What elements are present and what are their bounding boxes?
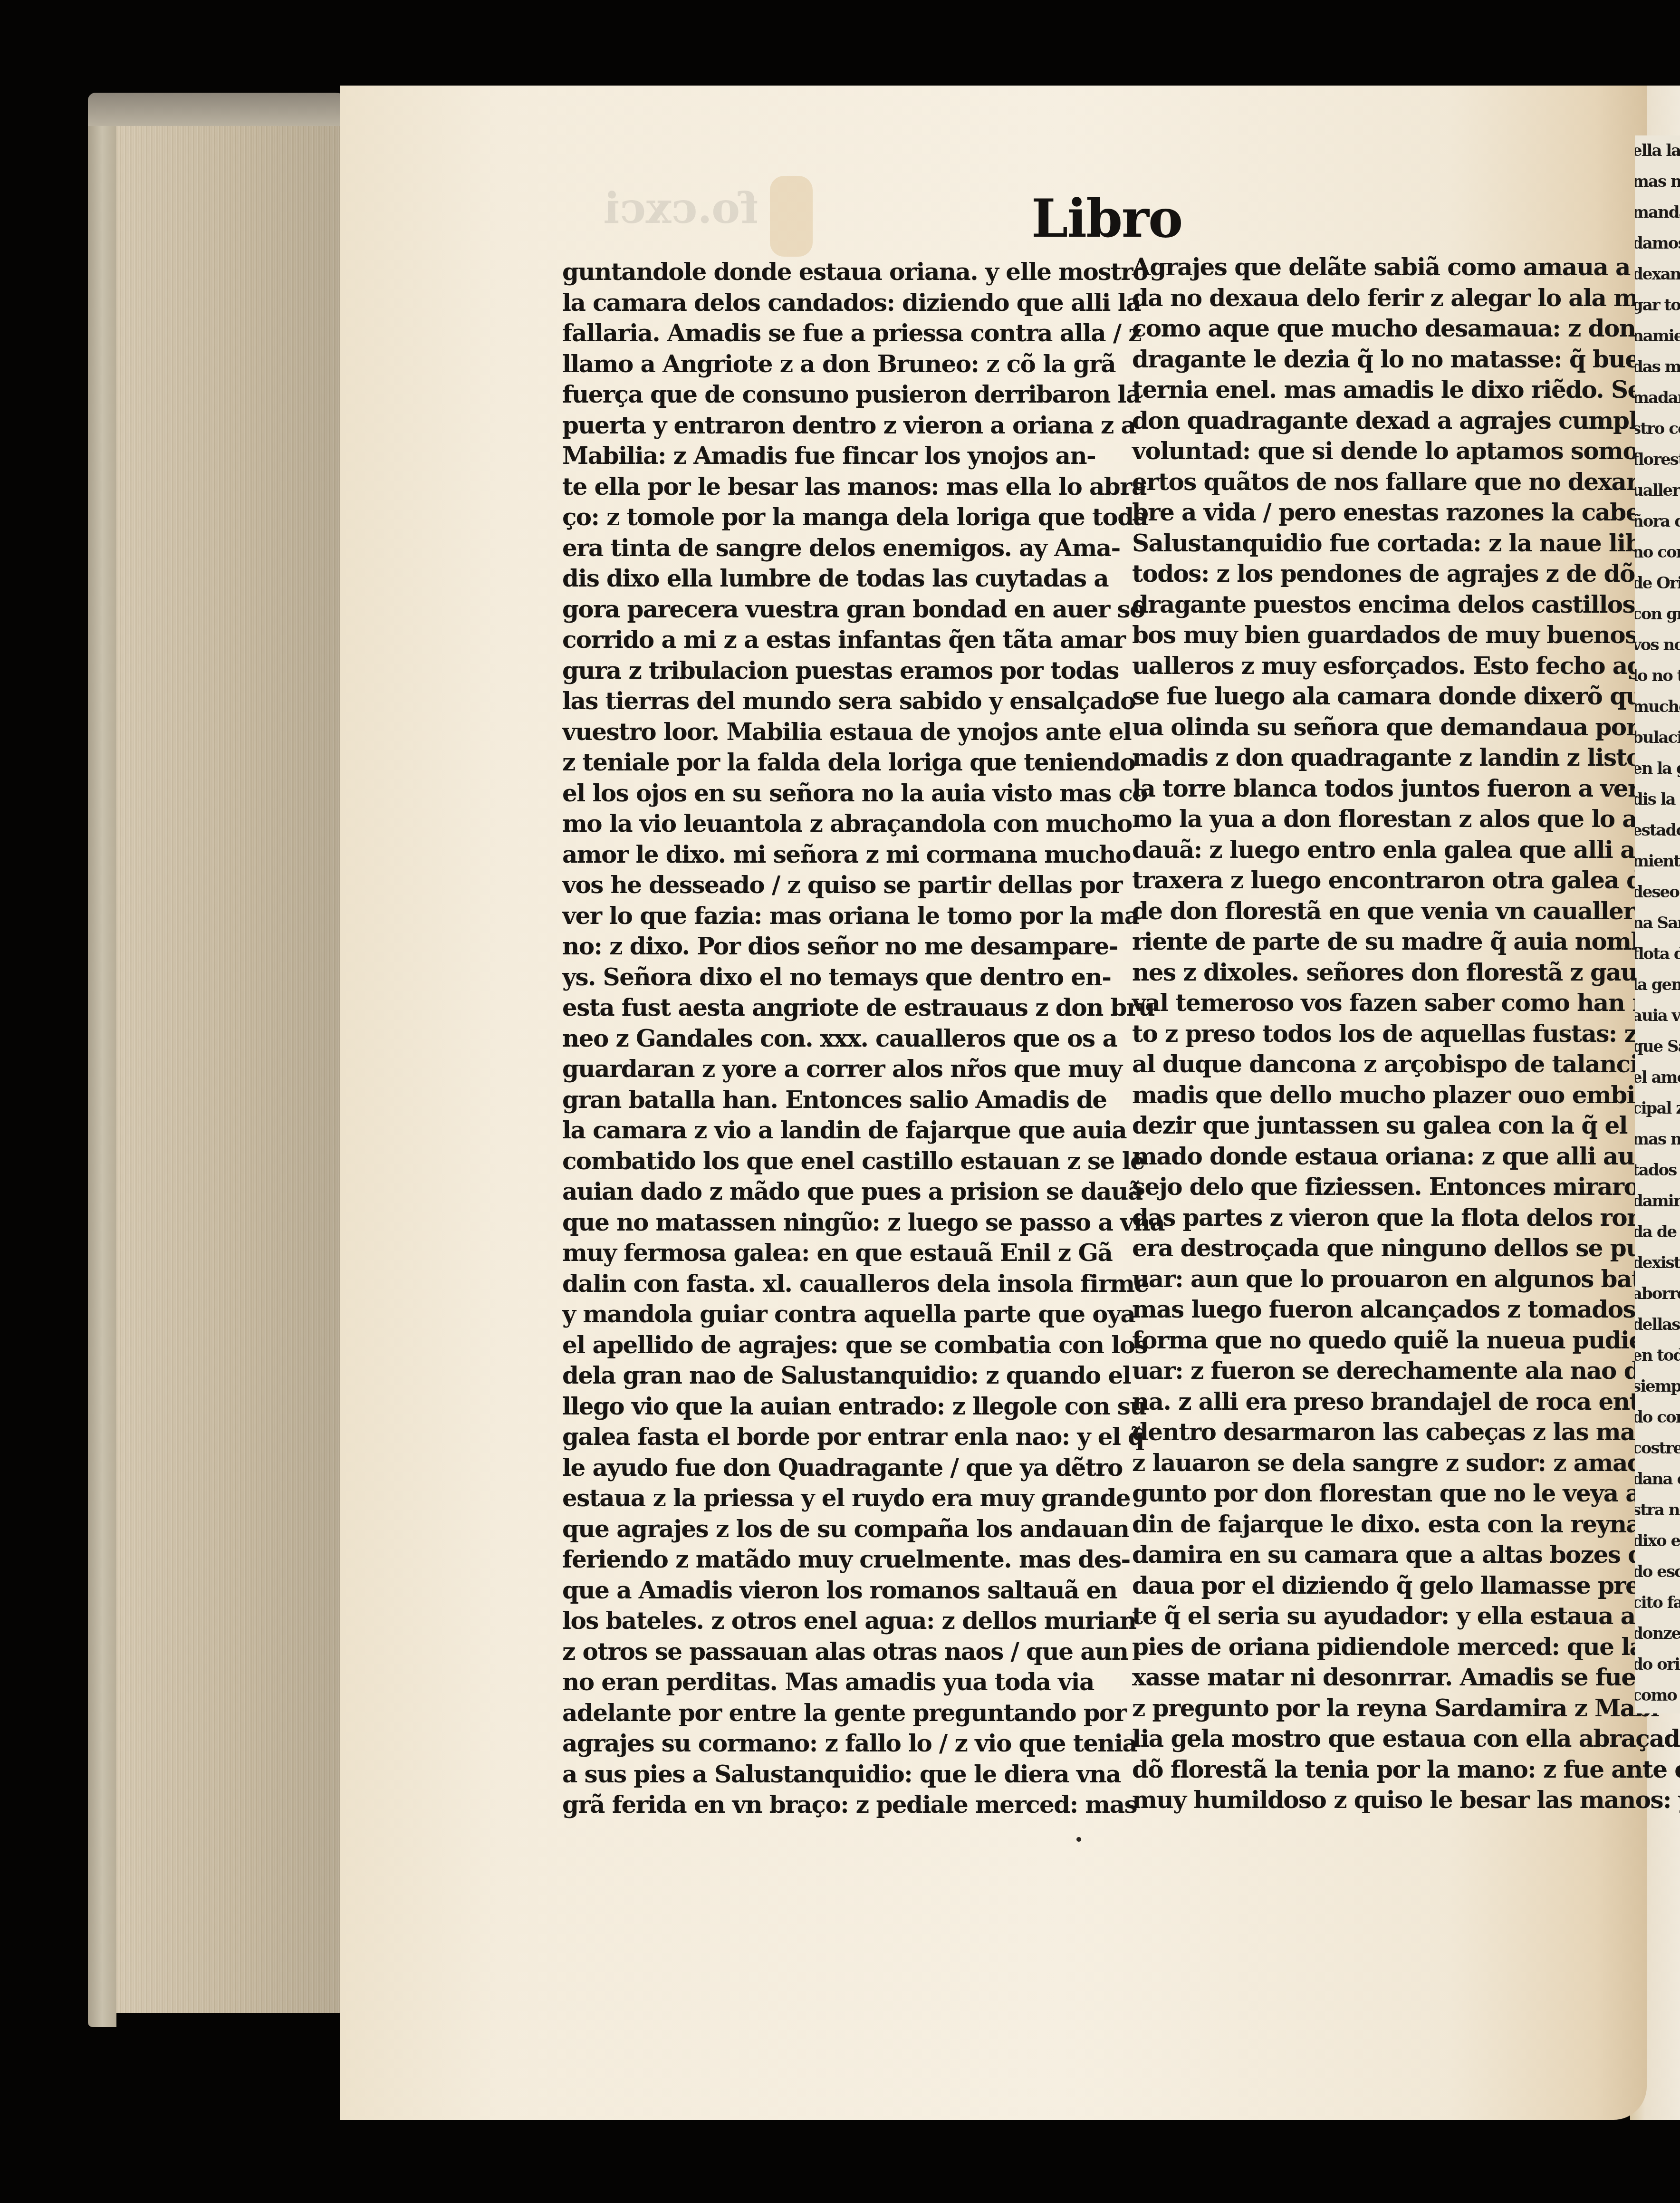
fragment-text-line: dis la tomo po xyxy=(1635,784,1680,815)
text-column-right: Agrajes que delãte sabiã como amaua a ol… xyxy=(1132,252,1631,1816)
text-line: sejo delo que fiziessen. Entonces miraro… xyxy=(1132,1172,1631,1203)
text-line: no eran perditas. Mas amadis yua toda vi… xyxy=(562,1667,1085,1698)
text-line: pies de oriana pidiendole merced: que la… xyxy=(1132,1632,1631,1663)
fragment-text-line: con gran plaz xyxy=(1635,599,1680,630)
text-line: z teniale por la falda dela loriga que t… xyxy=(562,747,1085,778)
text-line: guardaran z yore a correr alos nr̃os que… xyxy=(562,1054,1085,1085)
text-line: damira en su camara que a altas bozes de… xyxy=(1132,1539,1631,1570)
text-line: combatido los que enel castillo estauan … xyxy=(562,1146,1085,1177)
text-line: a sus pies a Salustanquidio: que le dier… xyxy=(562,1759,1085,1790)
fragment-text-line: mas nada : xyxy=(1635,166,1680,197)
text-line: dragante puestos encima delos castillos … xyxy=(1132,589,1631,620)
fragment-text-line: costreñida su xyxy=(1635,1433,1680,1464)
text-line: era tinta de sangre delos enemigos. ay A… xyxy=(562,533,1085,564)
fragment-text-line: namiento: z xyxy=(1635,321,1680,352)
text-line: Salustanquidio fue cortada: z la naue li… xyxy=(1132,528,1631,559)
fragment-text-line: do oriana la xyxy=(1635,1649,1680,1680)
fragment-text-line: de Oriana E xyxy=(1635,568,1680,599)
text-line: auian dado z mãdo que pues a prision se … xyxy=(562,1176,1085,1207)
text-line: don quadragante dexad a agrajes cumpla s… xyxy=(1132,405,1631,436)
text-line: voluntad: que si dende lo aptamos somos … xyxy=(1132,436,1631,467)
fragment-text-line: mas ni lo supo xyxy=(1635,1124,1680,1155)
text-line: uar: z fueron se derechamente ala nao de… xyxy=(1132,1356,1631,1386)
fragment-text-line: cito fablande xyxy=(1635,1587,1680,1618)
text-line: bos muy bien guardados de muy buenos ca xyxy=(1132,620,1631,651)
text-line: gran batalla han. Entonces salio Amadis … xyxy=(562,1085,1085,1116)
text-line: puerta y entraron dentro z vieron a oria… xyxy=(562,410,1085,441)
text-line: val temeroso vos fazen saber como han mu… xyxy=(1132,988,1631,1019)
text-line: adelante por entre la gente preguntando … xyxy=(562,1698,1085,1729)
fragment-text-line: flota delos R xyxy=(1635,939,1680,970)
text-line: dezir que juntassen su galea con la q̃ e… xyxy=(1132,1110,1631,1141)
text-line: muy fermosa galea: en que estauã Enil z … xyxy=(562,1238,1085,1269)
text-line: la camara delos candados: diziendo que a… xyxy=(562,288,1085,318)
text-line: madis que dello mucho plazer ouo embiole… xyxy=(1132,1080,1631,1111)
text-line: to z preso todos los de aquellas fustas:… xyxy=(1132,1019,1631,1049)
text-line: llamo a Angriote z a don Bruneo: z cõ la… xyxy=(562,349,1085,380)
fragment-text-line: florestan. De xyxy=(1635,444,1680,475)
text-line: traxera z luego encontraron otra galea d… xyxy=(1132,865,1631,896)
text-line: dis dixo ella lumbre de todas las cuytad… xyxy=(562,563,1085,594)
fragment-text-line: dexistes porqu xyxy=(1635,1248,1680,1279)
fragment-text-line: donzellas qu xyxy=(1635,1618,1680,1649)
text-line: todos: z los pendones de agrajes z de dõ… xyxy=(1132,558,1631,589)
fragment-text-line: do escusado s xyxy=(1635,1557,1680,1587)
fragment-text-line: damira reyna xyxy=(1635,1186,1680,1217)
fragment-text-line: damos z segu xyxy=(1635,228,1680,259)
fragment-text-line: do coraçõ: po xyxy=(1635,1402,1680,1433)
fragment-text-line: el amor much xyxy=(1635,1062,1680,1093)
text-line: gura z tribulacion puestas eramos por to… xyxy=(562,655,1085,686)
text-line: grã ferida en vn braço: z pediale merced… xyxy=(562,1789,1085,1820)
fragment-text-line: auia venido xyxy=(1635,1000,1680,1031)
vellum-cover-top-corner xyxy=(88,93,354,126)
text-line: te q̃ el seria su ayudador: y ella estau… xyxy=(1132,1601,1631,1632)
text-line: llego vio que la auian entrado: z llegol… xyxy=(562,1391,1085,1422)
fragment-text-line: deseo tenio d xyxy=(1635,877,1680,908)
fragment-text-line: na Sardamir xyxy=(1635,908,1680,939)
text-line: que agrajes z los de su compaña los anda… xyxy=(562,1514,1085,1545)
fragment-text-line: que Salustan xyxy=(1635,1031,1680,1062)
text-line: le ayudo fue don Quadragante / que ya dẽ… xyxy=(562,1453,1085,1483)
text-line: se fue luego ala camara donde dixerõ que… xyxy=(1132,681,1631,712)
text-line: galea fasta el borde por entrar enla nao… xyxy=(562,1422,1085,1453)
text-line: madis z don quadragante z landin z listo… xyxy=(1132,742,1631,773)
text-line: mo la vio leuantola z abraçandola con mu… xyxy=(562,808,1085,839)
text-line: dela gran nao de Salustanquidio: z quand… xyxy=(562,1360,1085,1391)
text-line: muy humildoso z quiso le besar las manos… xyxy=(1132,1785,1631,1816)
text-line: da no dexaua delo ferir z alegar lo ala … xyxy=(1132,283,1631,314)
text-line: ver lo que fazia: mas oriana le tomo por… xyxy=(562,901,1085,932)
text-line: vuestro loor. Mabilia estaua de ynojos a… xyxy=(562,717,1085,748)
fragment-text-line: das muy seña xyxy=(1635,352,1680,383)
text-line: xasse matar ni desonrrar. Amadis se fue … xyxy=(1132,1662,1631,1693)
text-line: ualleros z muy esforçados. Esto fecho ag… xyxy=(1132,651,1631,682)
text-line: no: z dixo. Por dios señor no me desampa… xyxy=(562,931,1085,962)
text-line: dauã: z luego entro enla galea que alli … xyxy=(1132,835,1631,866)
fragment-text-line: bulacion me a xyxy=(1635,722,1680,753)
text-line: que no matassen ningũo: z luego se passo… xyxy=(562,1207,1085,1238)
text-line: riente de parte de su madre q̃ auia nomb… xyxy=(1132,926,1631,957)
fragment-text-line: miento con M xyxy=(1635,846,1680,877)
text-line: fuerça que de consuno pusieron derribaro… xyxy=(562,379,1085,410)
text-line: fallaria. Amadis se fue a priessa contra… xyxy=(562,318,1085,349)
text-line: gunto por don florestan que no le veya a… xyxy=(1132,1478,1631,1509)
text-line: Agrajes que delãte sabiã como amaua a ol… xyxy=(1132,252,1631,283)
fragment-text-line: como si muc xyxy=(1635,1680,1680,1711)
fragment-text-line: no con quien xyxy=(1635,537,1680,568)
text-line: esta fust aesta angriote de estrauaus z … xyxy=(562,992,1085,1023)
text-line: la camara z vio a landin de fajarque que… xyxy=(562,1115,1085,1146)
text-line: la torre blanca todos juntos fueron a ve… xyxy=(1132,773,1631,804)
text-line: mas luego fueron alcançados z tomados de xyxy=(1132,1294,1631,1325)
text-line: como aque que mucho desamaua: z don Qua xyxy=(1132,313,1631,344)
open-book-spread: fo.cxci Libro guntandole donde estaua or… xyxy=(0,0,1680,2203)
text-line: corrido a mi z a estas infantas q̃en tãt… xyxy=(562,625,1085,655)
text-line: din de fajarque le dixo. esta con la rey… xyxy=(1132,1509,1631,1540)
vellum-cover-edge xyxy=(88,93,116,2027)
text-line: te ella por le besar las manos: mas ella… xyxy=(562,471,1085,502)
fragment-text-line: gar todas las xyxy=(1635,290,1680,321)
text-line: dentro desarmaron las cabeças z las mano… xyxy=(1132,1417,1631,1448)
text-line: z lauaron se dela sangre z sudor: z amad… xyxy=(1132,1448,1631,1479)
text-line: era destroçada que ninguno dellos se pud… xyxy=(1132,1233,1631,1264)
text-line: bre a vida / pero enestas razones la cab… xyxy=(1132,497,1631,528)
fragment-text-line: en todo lo otr xyxy=(1635,1340,1680,1371)
text-line: de don florestã en que venia vn caualler… xyxy=(1132,896,1631,927)
fragment-text-line: cipal z grande xyxy=(1635,1093,1680,1124)
fragment-text-line: vos no recebi xyxy=(1635,630,1680,661)
fragment-text-line: stra noble con xyxy=(1635,1495,1680,1526)
text-line: neo z Gandales con. xxx. caualleros que … xyxy=(562,1023,1085,1054)
text-line: dalin con fasta. xl. caualleros dela ins… xyxy=(562,1269,1085,1299)
fragment-text-line: tados como op xyxy=(1635,1155,1680,1186)
text-line: estaua z la priessa y el ruydo era muy g… xyxy=(562,1483,1085,1514)
fragment-text-line: madamente e xyxy=(1635,383,1680,414)
text-line: daua por el diziendo q̃ gelo llamasse pr… xyxy=(1132,1570,1631,1601)
text-line: y mandola guiar contra aquella parte que… xyxy=(562,1299,1085,1330)
text-line: ço: z tomole por la manga dela loriga qu… xyxy=(562,502,1085,533)
facing-page-text-fragment: ella las tiro amas nada :mandado a dedam… xyxy=(1635,135,1680,1713)
text-line: ternia enel. mas amadis le dixo riẽdo. S… xyxy=(1132,375,1631,405)
text-line: que a Amadis vieron los romanos saltauã … xyxy=(562,1575,1085,1606)
fragment-text-line: da de vuestras xyxy=(1635,1217,1680,1248)
show-through-folio-number: fo.cxci xyxy=(604,183,758,233)
fragment-text-line: mucho agra xyxy=(1635,692,1680,722)
text-line: el apellido de agrajes: que se combatia … xyxy=(562,1330,1085,1361)
text-line: dragante le dezia q̃ lo no matasse: q̃ b… xyxy=(1132,344,1631,375)
text-line: al duque dancona z arçobispo de talancia… xyxy=(1132,1049,1631,1080)
text-line: das partes z vieron que la flota delos r… xyxy=(1132,1203,1631,1233)
text-line: ys. Señora dixo el no temays que dentro … xyxy=(562,962,1085,993)
fragment-text-line: mandado a de xyxy=(1635,197,1680,228)
fragment-text-line: dixo ella pues xyxy=(1635,1526,1680,1557)
text-line: vos he desseado / z quiso se partir dell… xyxy=(562,870,1085,901)
fragment-text-line: ella las tiro a xyxy=(1635,135,1680,166)
fragment-text-line: uallero tan m xyxy=(1635,475,1680,506)
text-line: dõ florestã la tenia por la mano: z fue … xyxy=(1132,1754,1631,1785)
fragment-text-line: dexando a pa xyxy=(1635,259,1680,290)
fragment-text-line: siempre os an xyxy=(1635,1371,1680,1402)
text-line: amor le dixo. mi señora z mi cormana muc… xyxy=(562,839,1085,870)
book-fore-edge-page-stack xyxy=(102,121,340,2013)
fragment-text-line: en la guarda z xyxy=(1635,753,1680,784)
text-line: forma que no quedo quiẽ la nueua pudiess… xyxy=(1132,1325,1631,1356)
fragment-text-line: stro contentar xyxy=(1635,414,1680,444)
fragment-text-line: estado de oria xyxy=(1635,815,1680,846)
text-line: Mabilia: z Amadis fue fincar los ynojos … xyxy=(562,441,1085,471)
text-column-left: guntandole donde estaua oriana. y elle m… xyxy=(562,257,1085,1820)
text-line: gora parecera vuestra gran bondad en aue… xyxy=(562,594,1085,625)
paper-stain xyxy=(770,176,813,257)
text-line: ua olinda su señora que demandaua por el… xyxy=(1132,712,1631,743)
fragment-text-line: aborrecida ter xyxy=(1635,1279,1680,1309)
text-line: uar: aun que lo prouaron en algunos bate… xyxy=(1132,1264,1631,1295)
fragment-text-line: lo no tener co xyxy=(1635,661,1680,692)
text-line: ertos quãtos de nos fallare que no dexar… xyxy=(1132,467,1631,498)
ink-speck xyxy=(1076,1837,1081,1842)
text-line: lia gela mostro que estaua con ella abra… xyxy=(1132,1723,1631,1754)
fragment-text-line: dellas partiste xyxy=(1635,1309,1680,1340)
text-line: agrajes su cormano: z fallo lo / z vio q… xyxy=(562,1728,1085,1759)
text-line: z pregunto por la reyna Sardamira z Mabi… xyxy=(1132,1693,1631,1724)
text-line: feriendo z matãdo muy cruelmente. mas de… xyxy=(562,1544,1085,1575)
fragment-text-line: dana content xyxy=(1635,1464,1680,1495)
text-line: el los ojos en su señora no la auia vist… xyxy=(562,778,1085,809)
fragment-text-line: ñora dixo el c xyxy=(1635,506,1680,537)
text-line: los bateles. z otros enel agua: z dellos… xyxy=(562,1606,1085,1636)
text-line: guntandole donde estaua oriana. y elle m… xyxy=(562,257,1085,288)
text-line: mo la yua a don florestan z alos que lo … xyxy=(1132,804,1631,835)
running-head: Libro xyxy=(1031,188,1182,249)
text-line: na. z alli era preso brandajel de roca e… xyxy=(1132,1386,1631,1417)
text-line: mado donde estaua oriana: z que alli aur… xyxy=(1132,1141,1631,1172)
text-line: las tierras del mundo sera sabido y ensa… xyxy=(562,686,1085,717)
text-line: nes z dixoles. señores don florestã z ga… xyxy=(1132,957,1631,988)
fragment-text-line: la gente much xyxy=(1635,970,1680,1000)
text-line: z otros se passauan alas otras naos / qu… xyxy=(562,1636,1085,1667)
